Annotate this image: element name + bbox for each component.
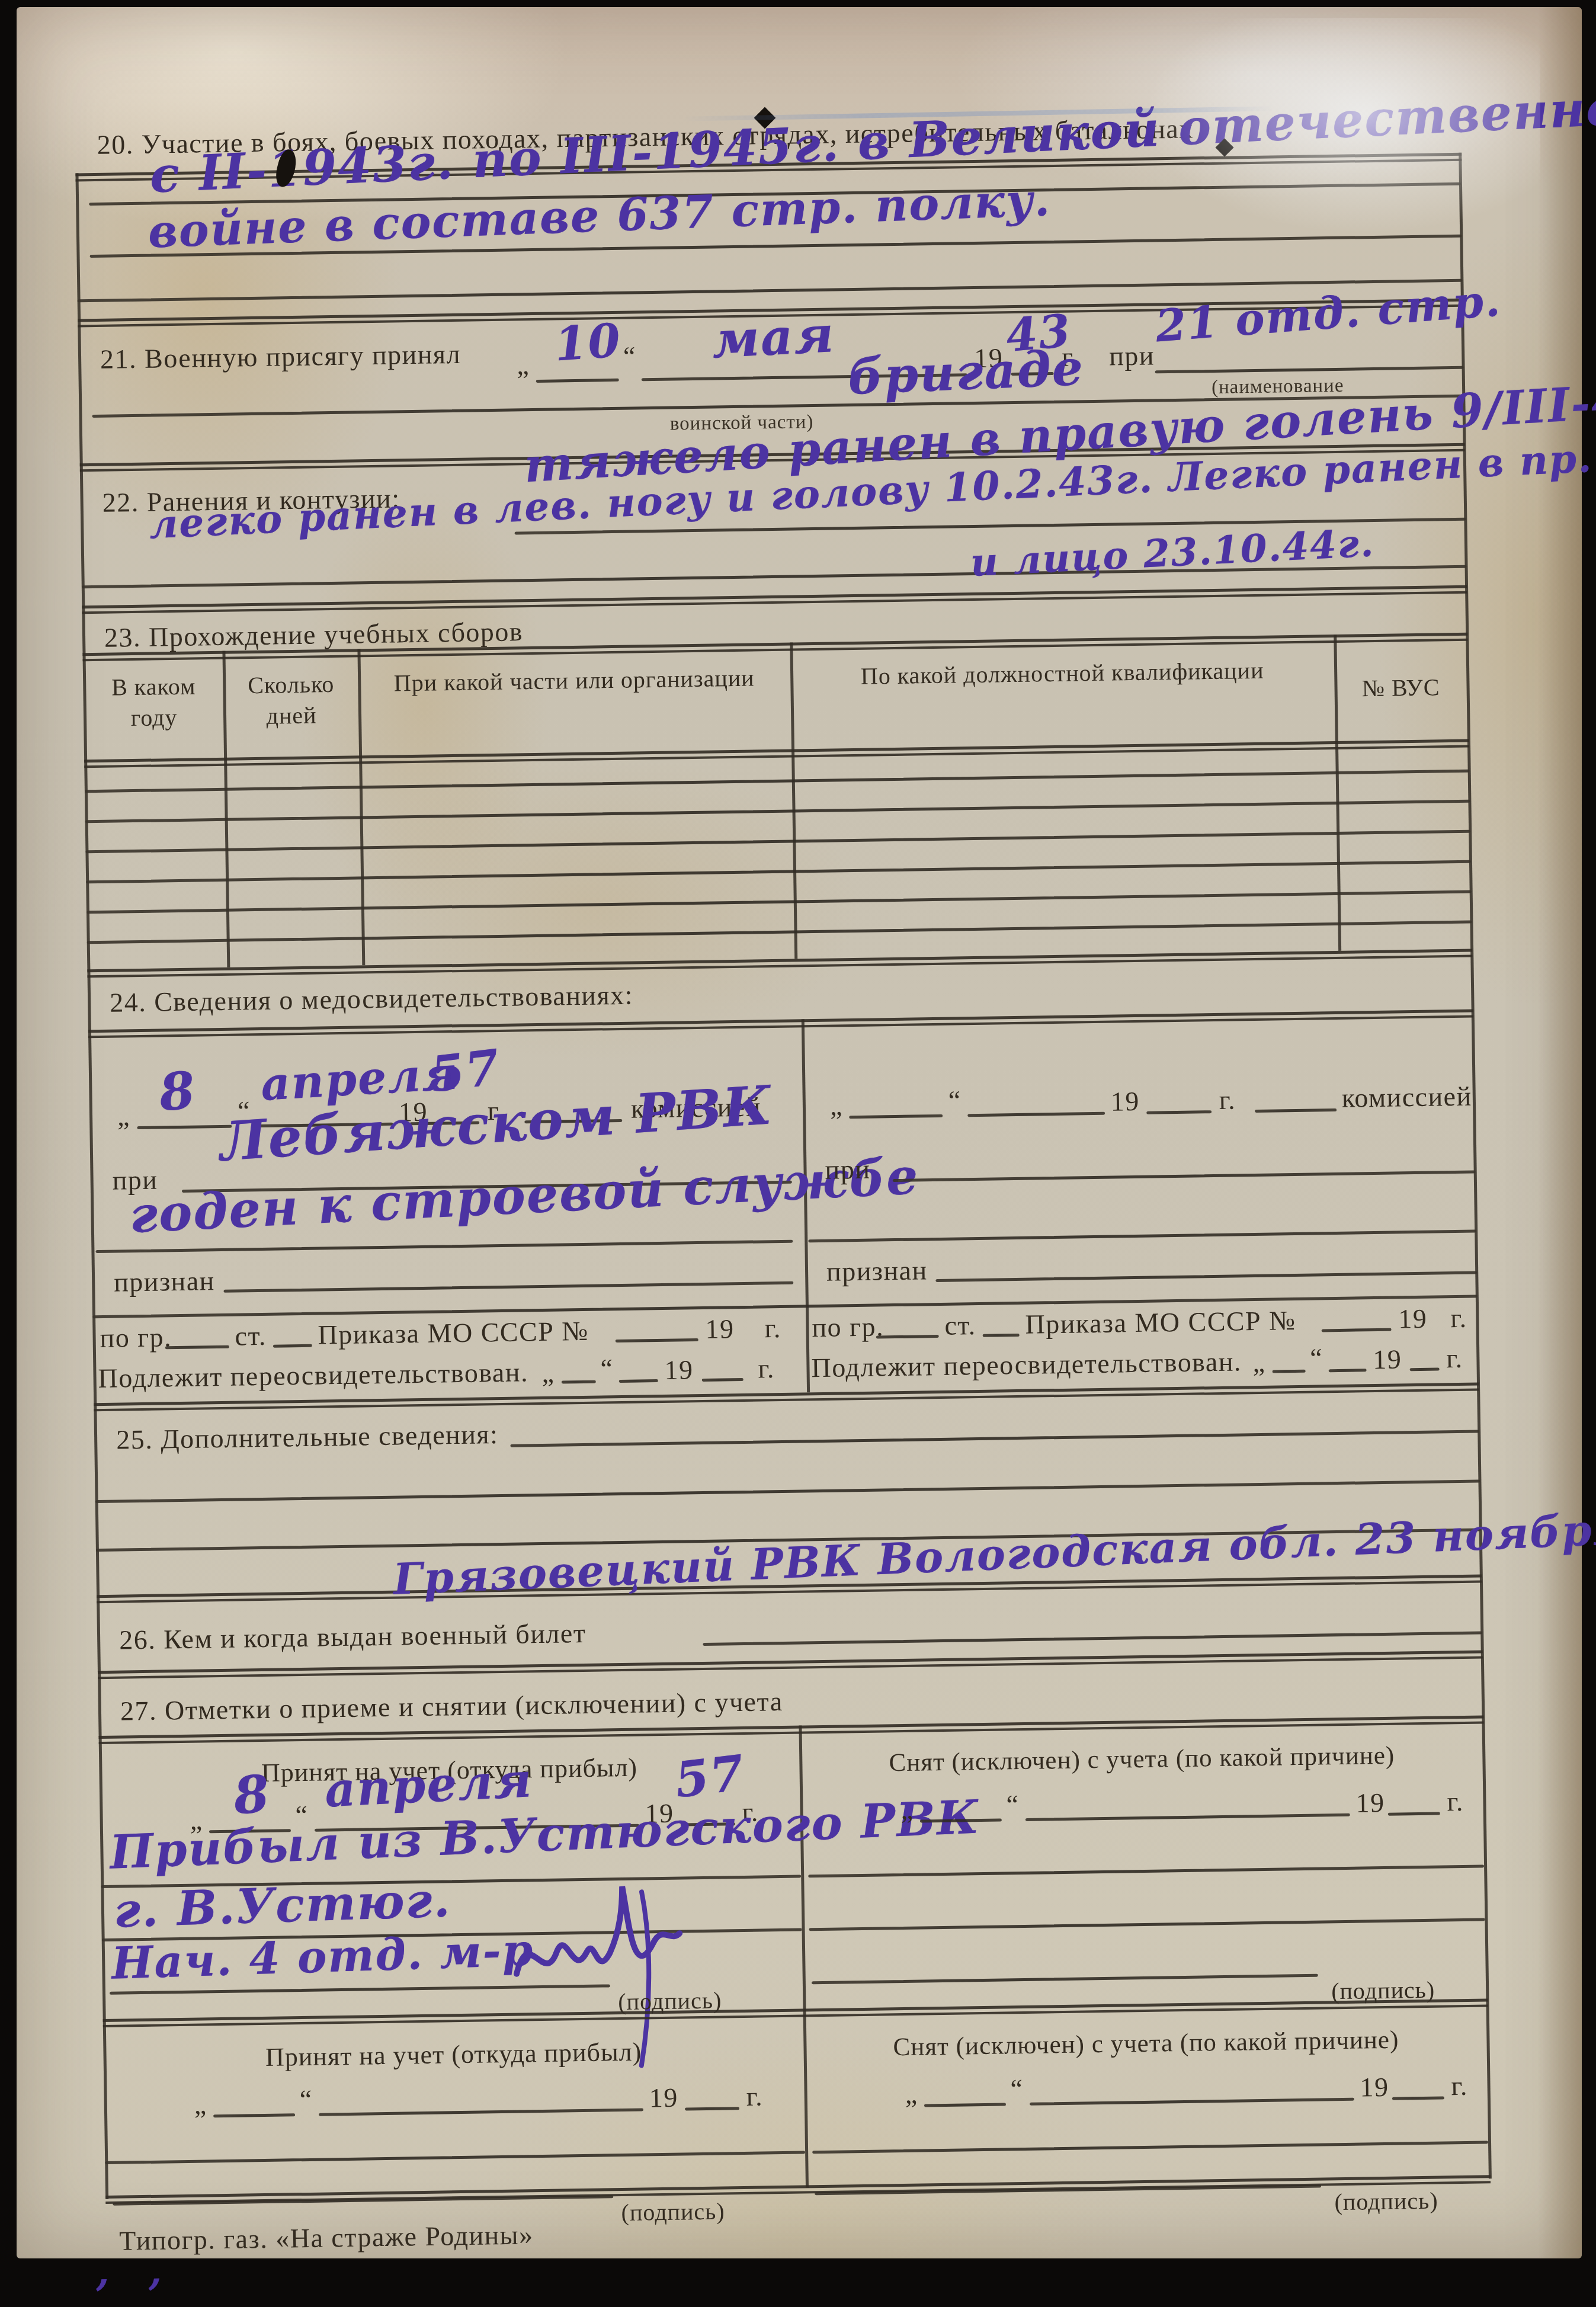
order-label: Приказа МО СССР №	[318, 1315, 589, 1351]
section-26-title: 26. Кем и когда выдан военный билет	[119, 1617, 587, 1656]
section-21-title: 21. Военную присягу принял	[100, 338, 462, 375]
ruled-line	[703, 1631, 1482, 1646]
table-bottom-border	[87, 949, 1472, 978]
quote-open: „	[900, 1794, 914, 1825]
section-25-title: 25. Дополнительные сведения:	[116, 1418, 499, 1456]
quote-open: „	[117, 1100, 131, 1132]
ruled-line	[95, 1240, 793, 1253]
year-suffix: г.	[1451, 2070, 1468, 2101]
section-24-title: 24. Сведения о медосвидетельствованиях:	[110, 979, 633, 1018]
remove-header: Снят (исключен) с учета (по какой причин…	[806, 1738, 1478, 1781]
column-header-days: Сколько дней	[225, 668, 358, 732]
ruled-line	[510, 1430, 1479, 1447]
quote-close: “	[948, 1084, 962, 1116]
ruled-line	[893, 1171, 1476, 1183]
form-content: 20. Участие в боях, боевых походах, парт…	[0, 0, 1596, 2307]
ruled-line	[1388, 1812, 1440, 1816]
ruled-line	[1146, 1110, 1212, 1114]
quote-close: “	[299, 2084, 313, 2115]
entry-oath-day: 10	[553, 313, 623, 371]
table-row-line	[86, 860, 1471, 884]
year-suffix: г.	[746, 2081, 763, 2112]
entry-accept-month: апреля	[323, 1752, 534, 1818]
remove-header: Снят (исключен) с учета (по какой причин…	[810, 2023, 1482, 2066]
ruled-line	[849, 1114, 943, 1119]
ruled-line	[1255, 1108, 1337, 1113]
group-label: по гр.	[100, 1321, 172, 1354]
ruled-line	[137, 1125, 232, 1129]
reexam-label: Подлежит переосвидетельствован.	[811, 1345, 1242, 1383]
ruled-line	[1155, 366, 1464, 374]
section-27-title: 27. Отметки о приеме и снятии (исключени…	[120, 1686, 783, 1727]
table-row-line	[85, 770, 1470, 793]
year-suffix: г.	[1447, 1786, 1464, 1817]
entry-oath-month: мая	[711, 305, 837, 369]
year-prefix: 19	[1360, 2071, 1389, 2103]
article-label: ст.	[235, 1320, 267, 1352]
table-row-divider	[103, 1998, 1488, 2027]
ruled-line	[702, 1378, 743, 1382]
ruled-line	[536, 379, 619, 383]
ruled-line	[935, 1271, 1477, 1283]
quote-close: “	[1006, 1789, 1020, 1820]
year-prefix: 19	[649, 2082, 678, 2114]
ruled-line	[685, 2107, 739, 2110]
ruled-line	[1025, 1813, 1350, 1821]
imprint-text: Типогр. газ. «На страже Родины»	[119, 2219, 534, 2256]
ruled-line	[983, 1334, 1020, 1337]
table-bottom-border	[105, 2175, 1491, 2204]
quote-close: “	[1010, 2073, 1024, 2104]
ruled-line	[876, 1335, 939, 1339]
ruled-line	[967, 1112, 1105, 1117]
reexam-label: Подлежит переосвидетельствован.	[98, 1356, 528, 1394]
ruled-line	[616, 1338, 698, 1342]
ruled-line	[105, 2151, 805, 2165]
ruled-line	[1030, 2098, 1354, 2106]
table-row-line	[85, 800, 1470, 824]
entry-wounds-line3: и лицо 23.10.44г.	[969, 521, 1375, 585]
column-header-vus: № ВУС	[1337, 672, 1465, 704]
accept-header: Принят на учет (откуда прибыл)	[103, 2033, 804, 2077]
column-divider	[357, 649, 365, 965]
year-suffix: г.	[764, 1312, 781, 1344]
quote-open: „	[194, 2088, 207, 2120]
year-prefix: 19	[705, 1313, 735, 1345]
divider-line	[82, 585, 1467, 614]
article-label: ст.	[944, 1309, 976, 1341]
ruled-line	[812, 2141, 1488, 2154]
quote-close: “	[600, 1353, 614, 1384]
table-row-line	[86, 890, 1472, 914]
ruled-line	[165, 1345, 229, 1350]
column-divider	[790, 643, 797, 959]
ruled-line	[1273, 1370, 1306, 1373]
entry-accept-city: г. В.Устюг.	[113, 1872, 452, 1938]
year-suffix: г.	[1219, 1084, 1236, 1116]
form-left-border	[75, 173, 108, 2199]
ruled-line	[1329, 1369, 1367, 1372]
quote-open: „	[1252, 1347, 1266, 1378]
entry-medical-day: 8	[157, 1060, 198, 1123]
year-prefix: 19	[1398, 1303, 1428, 1335]
scanned-military-document-page: 20. Участие в боях, боевых походах, парт…	[0, 0, 1596, 2307]
ruled-line	[1410, 1367, 1440, 1371]
year-suffix: г.	[758, 1353, 775, 1384]
quote-open: „	[541, 1357, 555, 1389]
group-label: по гр.	[812, 1310, 884, 1343]
recognized-label: признан	[826, 1254, 928, 1287]
ruled-line	[920, 1819, 1002, 1823]
signature-caption: (подпись)	[621, 2197, 725, 2227]
ruled-line	[213, 2113, 295, 2117]
stray-ink-marks: , ,	[95, 2249, 175, 2295]
ruled-line	[319, 2109, 643, 2116]
order-label: Приказа МО СССР №	[1025, 1305, 1296, 1340]
quote-open: „	[905, 2078, 918, 2110]
commission-label: комиссией	[1341, 1081, 1472, 1114]
ruled-line	[562, 1380, 596, 1384]
year-prefix: 19	[1373, 1343, 1402, 1375]
recognized-label: признан	[114, 1265, 215, 1298]
quote-open: „	[830, 1090, 844, 1121]
registration-columns-divider	[799, 1726, 809, 2188]
column-header-unit: При какой части или организации	[368, 662, 780, 699]
ruled-line	[273, 1344, 312, 1348]
entry-oath-unit-line1: 21 отд. стр.	[1154, 275, 1503, 352]
divider-line	[98, 1650, 1483, 1679]
ruled-line	[924, 2103, 1006, 2107]
column-header-year: В каком году	[85, 671, 223, 734]
ruled-line	[812, 1974, 1318, 1985]
entry-oath-unit-line2: бригаде	[847, 339, 1085, 406]
quote-close: “	[623, 340, 637, 371]
year-prefix: 19	[664, 1354, 694, 1386]
at-label: при	[825, 1153, 871, 1185]
table-header-border	[84, 739, 1469, 768]
ruled-line	[619, 1379, 658, 1383]
quote-open: „	[517, 349, 530, 380]
signature-caption: (подпись)	[1334, 2187, 1438, 2216]
column-header-qualification: По какой должностной квалификации	[807, 654, 1318, 693]
table-row-line	[87, 921, 1472, 944]
ruled-line	[223, 1281, 793, 1293]
entry-accept-year: 57	[672, 1744, 748, 1809]
year-suffix: г.	[1446, 1342, 1463, 1374]
table-row-line	[85, 830, 1470, 854]
year-prefix: 19	[1110, 1085, 1140, 1117]
ruled-line	[1392, 2096, 1444, 2100]
year-suffix: г.	[1450, 1302, 1467, 1334]
ruled-line	[1322, 1328, 1392, 1332]
ruled-line	[95, 1479, 1480, 1503]
year-prefix: 19	[1355, 1787, 1385, 1819]
ruled-line	[809, 1918, 1485, 1931]
ruled-line	[808, 1230, 1476, 1243]
ruled-line	[808, 1864, 1484, 1877]
entry-accept-day: 8	[231, 1764, 273, 1827]
quote-close: “	[1310, 1342, 1323, 1373]
at-label: при	[1109, 339, 1155, 371]
